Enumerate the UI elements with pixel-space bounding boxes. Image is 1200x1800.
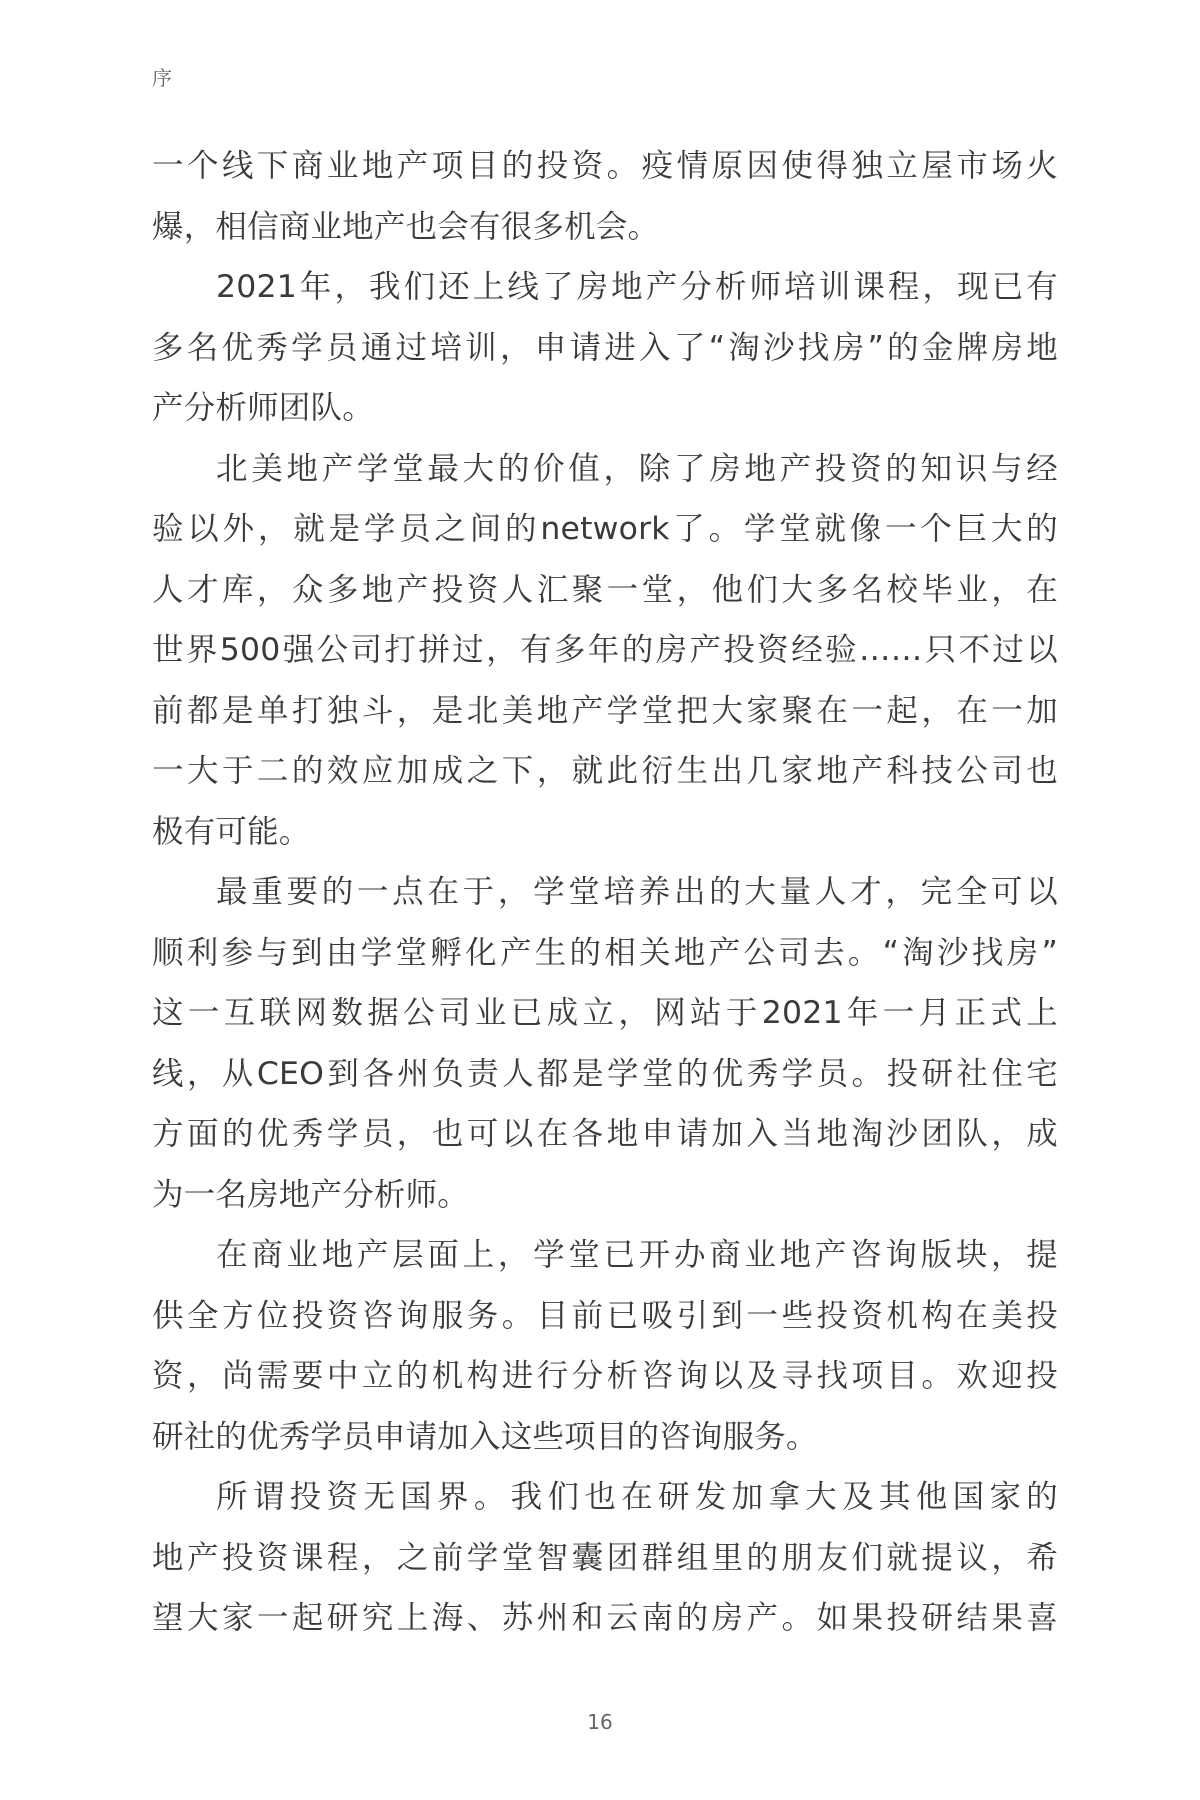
text-line: 线，从CEO到各州负责人都是学堂的优秀学员。投研社住宅 [152, 1044, 1058, 1105]
text-line: 产分析师团队。 [152, 378, 1058, 439]
text-line: 在商业地产层面上，学堂已开办商业地产咨询版块，提 [152, 1225, 1058, 1286]
text-line: 这一互联网数据公司业已成立，网站于2021年一月正式上 [152, 983, 1058, 1044]
text-line: 资，尚需要中立的机构进行分析咨询以及寻找项目。欢迎投 [152, 1346, 1058, 1407]
text-line: 所谓投资无国界。我们也在研发加拿大及其他国家的 [152, 1467, 1058, 1528]
text-line: 世界500强公司打拼过，有多年的房产投资经验……只不过以 [152, 620, 1058, 681]
text-line: 供全方位投资咨询服务。目前已吸引到一些投资机构在美投 [152, 1286, 1058, 1347]
text-line: 多名优秀学员通过培训，申请进入了“淘沙找房”的金牌房地 [152, 318, 1058, 379]
running-head: 序 [152, 62, 172, 91]
page-number: 16 [0, 1710, 1200, 1734]
text-line: 为一名房地产分析师。 [152, 1165, 1058, 1226]
text-line: 一个线下商业地产项目的投资。疫情原因使得独立屋市场火 [152, 136, 1058, 197]
text-line: 前都是单打独斗，是北美地产学堂把大家聚在一起，在一加 [152, 681, 1058, 742]
text-line: 方面的优秀学员，也可以在各地申请加入当地淘沙团队，成 [152, 1104, 1058, 1165]
text-line: 爆，相信商业地产也会有很多机会。 [152, 197, 1058, 258]
text-line: 地产投资课程，之前学堂智囊团群组里的朋友们就提议，希 [152, 1528, 1058, 1589]
text-line: 2021年，我们还上线了房地产分析师培训课程，现已有 [152, 257, 1058, 318]
text-line: 望大家一起研究上海、苏州和云南的房产。如果投研结果喜 [152, 1588, 1058, 1649]
text-line: 研社的优秀学员申请加入这些项目的咨询服务。 [152, 1407, 1058, 1468]
text-line: 一大于二的效应加成之下，就此衍生出几家地产科技公司也 [152, 741, 1058, 802]
text-line: 人才库，众多地产投资人汇聚一堂，他们大多名校毕业，在 [152, 560, 1058, 621]
text-line: 极有可能。 [152, 802, 1058, 863]
body-text: 一个线下商业地产项目的投资。疫情原因使得独立屋市场火爆，相信商业地产也会有很多机… [152, 136, 1058, 1649]
text-line: 最重要的一点在于，学堂培养出的大量人才，完全可以 [152, 862, 1058, 923]
text-line: 顺利参与到由学堂孵化产生的相关地产公司去。“淘沙找房” [152, 923, 1058, 984]
text-line: 验以外，就是学员之间的network了。学堂就像一个巨大的 [152, 499, 1058, 560]
text-line: 北美地产学堂最大的价值，除了房地产投资的知识与经 [152, 439, 1058, 500]
